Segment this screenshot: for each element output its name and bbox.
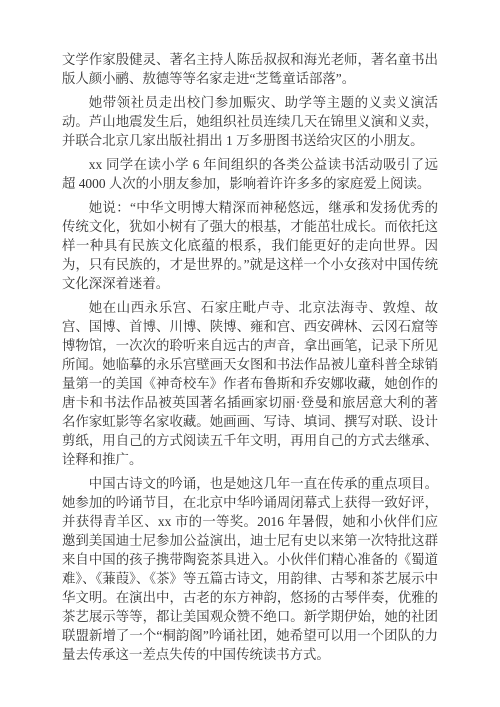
- paragraph: 文学作家殷健灵、著名主持人陈岳叔叔和海光老师，著名童书出版人颜小鹂、敖德等等名家…: [62, 50, 438, 88]
- paragraph: xx 同学在读小学 6 年间组织的各类公益读书活动吸引了远超 4000 人次的小…: [62, 155, 438, 193]
- paragraph: 她带领社员走出校门参加赈灾、助学等主题的义卖义演活动。芦山地震发生后，她组织社员…: [62, 93, 438, 150]
- article-body: 文学作家殷健灵、著名主持人陈岳叔叔和海光老师，著名童书出版人颜小鹂、敖德等等名家…: [62, 50, 438, 664]
- paragraph: 她在山西永乐宫、石家庄毗卢寺、北京法海寺、敦煌、故宫、国博、首博、川博、陕博、雍…: [62, 298, 438, 469]
- document-page: 文学作家殷健灵、著名主持人陈岳叔叔和海光老师，著名童书出版人颜小鹂、敖德等等名家…: [0, 0, 500, 707]
- paragraph: 她说：“中华文明博大精深而神秘悠远，继承和发扬优秀的传统文化，犹如小树有了强大的…: [62, 198, 438, 293]
- paragraph: 中国古诗文的吟诵，也是她这几年一直在传承的重点项目。她参加的吟诵节目，在北京中华…: [62, 474, 438, 664]
